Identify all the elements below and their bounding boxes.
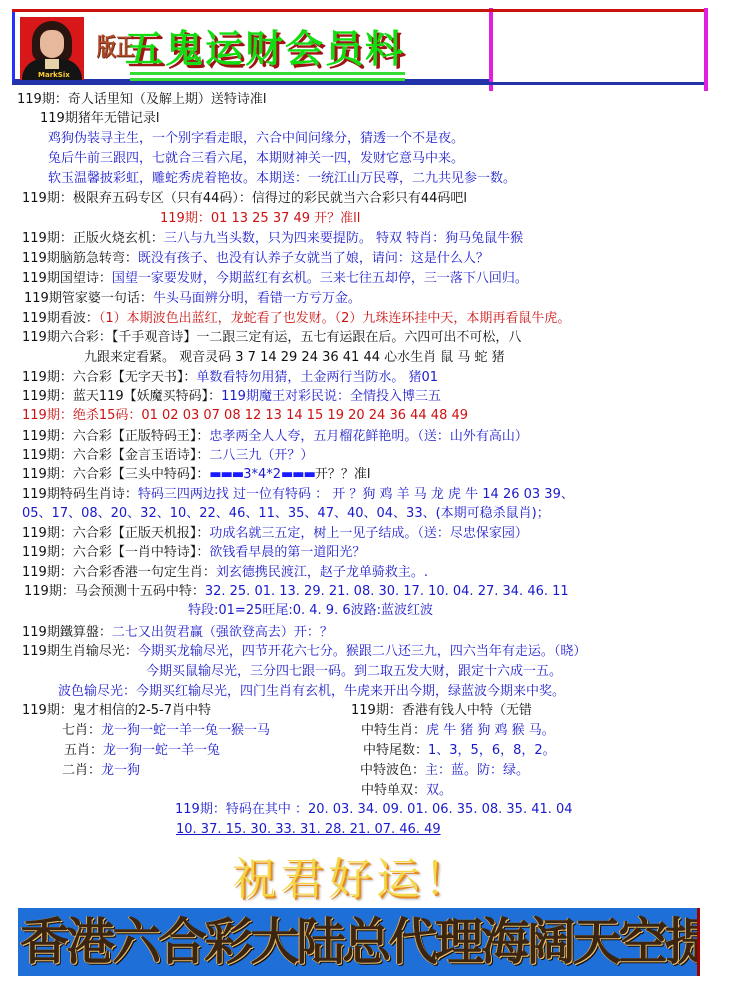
text-line: 119期六合彩：【千手观音诗】一二跟三定有运，五七有运跟在后。六四可出不可松，八 [22,330,521,346]
text-line: 119期特码生肖诗：特码三四两边找 过一位有特码 ： 开 ？狗 鸡 羊 马 龙 … [22,487,574,503]
header-frame-accent [489,8,493,91]
special-numbers-line: 10. 37. 15. 30. 33. 31. 28. 21. 07. 46. … [176,822,441,838]
poem-line: 软玉温馨披彩虹，雕蛇秀虎着艳妆。本期送：一统江山万民尊，二九共见参一数。 [48,171,516,187]
text-line: 119期：正版火烧玄机：三八与九当头数，只为四来要提防。 特双 特肖：狗马兔鼠牛… [22,231,523,247]
text-line: 119期：六合彩【金言玉语诗】：二八三九（开？） [22,448,313,464]
text-line: 119期：马会预测十五码中特：32. 25. 01. 13. 29. 21. 0… [24,584,569,600]
header-bottom-border [12,82,707,85]
list-item: 中特单双：双。 [361,783,452,799]
text-line: 九跟来定看紧。 观音灵码 3 7 14 29 24 36 41 44 心水生肖 … [84,350,505,366]
special-numbers-line: 119期：特码在其中 ：20. 03. 34. 09. 01. 06. 35. … [175,802,573,818]
title-underline [130,72,405,75]
list-item: 中特生肖：虎 牛 猪 狗 鸡 猴 马。 [361,723,555,739]
left-block-title: 119期：鬼才相信的2-5-7肖中特 [22,703,211,719]
greeting-text: 祝君好运！ [232,843,472,907]
text-line: 119期：蓝天119【妖魔买特码】：119期魔王对彩民说：全情投入博三五 [22,389,441,405]
text-line: 119期：六合彩【无字天书】：单数看特勿用猜，土金两行当防水。 猪01 [22,370,438,386]
text-line: 今期买鼠输尽光，三分四七跟一码。到二取五发大财，跟定十六成一五。 [146,664,562,680]
right-block-title: 119期：香港有钱人中特（无错 [351,703,532,719]
title-underline [130,78,405,81]
list-item: 中特尾数：1、3，5，6，8，2。 [363,743,556,759]
footer-banner: 香港六合彩大陆总代理海阔天空提供 [18,908,700,976]
numbers-line: 05、17、08、20、32、10、22、46、11、35、47、40、04、3… [22,506,550,522]
footer-banner-text: 香港六合彩大陆总代理海阔天空提供 [18,908,683,976]
text-line: 119期看波：（1）本期波色出蓝红，龙蛇看了也发财。（2）九珠连环挂中天，本期再… [22,311,570,327]
portrait-photo: MarkSix [20,17,84,80]
header-top-border [12,9,707,12]
numbers-line: 119期：绝杀15码：01 02 03 07 08 12 13 14 15 19… [22,408,468,424]
text-line: 119期猪年无错记录l [40,111,159,127]
list-item: 七肖：龙一狗一蛇一羊一兔一猴一马 [62,723,270,739]
photo-brand: MarkSix [38,71,70,79]
text-line: 119期国望诗：国望一家要发财，今期蓝红有玄机。三来七往五却停，三一落下八回归。 [22,271,528,287]
text-line: 119期：六合彩【正版天机报】：功成名就三五定，树上一见子结成。（送：尽忠保家园… [22,526,528,542]
list-item: 二肖：龙一狗 [62,763,140,779]
text-line: 特段:01=25旺尾:0. 4. 9. 6波路:蓝波红波 [188,603,433,619]
text-line: 119期：奇人话里知（及解上期）送特诗准l [17,92,266,108]
page-title: 五鬼运财会员料 [125,18,405,73]
text-line: 119期：六合彩【一肖中特诗】：欲钱看早晨的第一道阳光？ [22,545,365,561]
poem-line: 兔后牛前三跟四，七就合三看六尾，本期财神关一四，发财它意马中来。 [48,151,464,167]
text-line: 119期：极限弃五码专区（只有44码）：信得过的彩民就当六合彩只有44码吧l [22,191,467,207]
text-line: 119期生肖输尽光：今期买龙输尽光，四节开花六七分。猴跟二八还三九，四六当年有走… [22,644,586,660]
text-line: 119期鐵算盤：二七又出贺君赢（强欲登高去）开：？ [22,625,333,641]
header-right-border [704,8,708,91]
header-banner: MarkSix 正版 五鬼运财会员料 [12,9,492,82]
list-item: 五肖：龙一狗一蛇一羊一兔 [64,743,220,759]
numbers-line: 119期：01 13 25 37 49 开？准ll [160,211,360,227]
poem-line: 鸡狗伪装寻主生，一个别字看走眼，六合中间问缘分，猜透一个不是夜。 [48,131,464,147]
text-line: 119期：六合彩【正版特码王】：忠孝两全人人夸，五月榴花鲜艳明。（送：山外有高山… [22,429,528,445]
text-line: 119期：六合彩【三头中特码】：▬▬▬3*4*2▬▬▬开？？准l [22,467,371,483]
list-item: 中特波色：主：蓝。防：绿。 [360,763,529,779]
text-line: 119期管家婆一句话：牛头马面辨分明，看错一方亏万金。 [24,291,361,307]
text-line: 119期：六合彩香港一句定生肖：刘玄德携民渡江，赵子龙单骑救主。. [22,565,428,581]
text-line: 119期脑筋急转弯：既没有孩子、也没有认养子女就当了娘，请问：这是什么人？ [22,251,489,267]
text-line: 波色输尽光：今期买红输尽光，四门生肖有玄机，牛虎来开出今期，绿蓝波今期来中奖。 [58,684,565,700]
